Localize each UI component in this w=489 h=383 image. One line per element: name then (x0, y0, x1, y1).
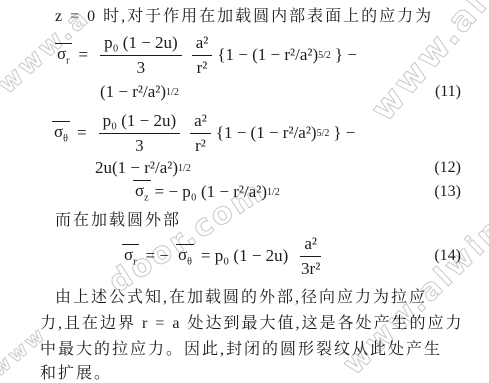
sigma-subscript: r (133, 257, 136, 268)
outside-circle-text: 而在加载圆外部 (0, 206, 489, 230)
exponent: 1/2 (166, 87, 179, 98)
paragraph-line-4: 和扩展。 (0, 360, 489, 383)
fraction-a2-3r2: a² 3r² (300, 234, 321, 278)
term: (1 − r²/a²) (100, 82, 166, 102)
paragraph-text: 中最大的拉应力。因此,封闭的圆形裂纹从此处产生 (40, 336, 442, 359)
intro-text: z = 0 时,对于作用在加载圆内部表面上的应力为 (0, 2, 489, 26)
equation-13: σz = − p₀ (1 − r²/a²)1/2 (13) (0, 180, 489, 204)
paragraph-text: 力,且在边界 r = a 处达到最大值,这是各处产生的应力 (40, 310, 463, 333)
fraction-denominator: r² (197, 56, 208, 78)
paragraph-text: 由上述公式知,在加载圆的外部,径向应力为拉应 (55, 284, 427, 307)
paragraph-line-2: 力,且在边界 r = a 处达到最大值,这是各处产生的应力 (0, 308, 489, 334)
equation-number-12: (12) (434, 159, 461, 177)
sigma-symbol: σ (124, 245, 133, 264)
outside-circle-label: 而在加载圆外部 (55, 207, 181, 230)
fraction-numerator: a² (300, 234, 321, 257)
fraction-p0-term: p₀ (1 − 2u) 3 (99, 111, 181, 155)
sigma-symbol: σ (135, 181, 144, 200)
equation-12-line1: σθ = p₀ (1 − 2u) 3 a² r² {1 − (1 − r²/a²… (0, 108, 489, 158)
paragraph-line-1: 由上述公式知,在加载圆的外部,径向应力为拉应 (0, 282, 489, 308)
sigma-theta-bar: σθ (176, 244, 194, 267)
sigma-r-bar: σr (55, 43, 72, 66)
term: 2u(1 − r²/a²) (95, 158, 178, 178)
brace-term: {1 − (1 − r²/a²) (216, 123, 317, 143)
fraction-numerator: p₀ (1 − 2u) (99, 111, 181, 134)
sigma-subscript: r (66, 56, 69, 67)
term: = p₀ (1 − 2u) (201, 246, 288, 266)
sigma-symbol: σ (57, 44, 66, 63)
sigma-subscript: θ (187, 257, 192, 268)
fraction-p0-term: p₀ (1 − 2u) 3 (100, 33, 182, 77)
exponent: 5/2 (317, 128, 330, 139)
term: = − p₀ (1 − r²/a²) (155, 182, 267, 202)
fraction-a2-r2: a² r² (190, 111, 211, 155)
brace-close: } − (333, 123, 355, 143)
fraction-denominator: 3 (137, 56, 146, 78)
equals-minus: = − (146, 246, 169, 266)
fraction-numerator: p₀ (1 − 2u) (100, 33, 182, 56)
sigma-theta-bar: σθ (52, 121, 70, 144)
equation-12-line2: 2u(1 − r²/a²)1/2 (12) (0, 156, 489, 180)
sigma-z-bar: σz (133, 180, 151, 203)
sigma-subscript: θ (63, 134, 68, 145)
intro-text-label: z = 0 时,对于作用在加载圆内部表面上的应力为 (55, 3, 433, 26)
exponent: 1/2 (267, 187, 280, 198)
brace-term: {1 − (1 − r²/a²) (217, 45, 318, 65)
fraction-denominator: 3r² (301, 257, 320, 279)
exponent: 1/2 (178, 163, 191, 174)
document-page: www.a www.alw door.com www.alwin www z =… (0, 0, 489, 383)
equation-number-14: (14) (434, 247, 461, 265)
paragraph-text: 和扩展。 (40, 360, 112, 383)
fraction-denominator: r² (195, 134, 206, 156)
sigma-symbol: σ (178, 245, 187, 264)
sigma-symbol: σ (54, 122, 63, 141)
equation-number-11: (11) (435, 83, 461, 101)
fraction-numerator: a² (192, 33, 213, 56)
fraction-denominator: 3 (135, 134, 144, 156)
brace-close: } − (335, 45, 357, 65)
equals-sign: = (77, 123, 87, 143)
equation-11-line1: σr = p₀ (1 − 2u) 3 a² r² {1 − (1 − r²/a²… (0, 30, 489, 80)
paragraph-line-3: 中最大的拉应力。因此,封闭的圆形裂纹从此处产生 (0, 334, 489, 360)
equation-number-13: (13) (434, 183, 461, 201)
sigma-subscript: z (144, 193, 148, 204)
equation-11-line2: (1 − r²/a²)1/2 (11) (0, 80, 489, 104)
fraction-a2-r2: a² r² (192, 33, 213, 77)
equals-sign: = (79, 45, 89, 65)
fraction-numerator: a² (190, 111, 211, 134)
sigma-r-bar: σr (122, 244, 139, 267)
equation-14: σr = − σθ = p₀ (1 − 2u) a² 3r² (14) (0, 232, 489, 280)
exponent: 5/2 (318, 50, 331, 61)
